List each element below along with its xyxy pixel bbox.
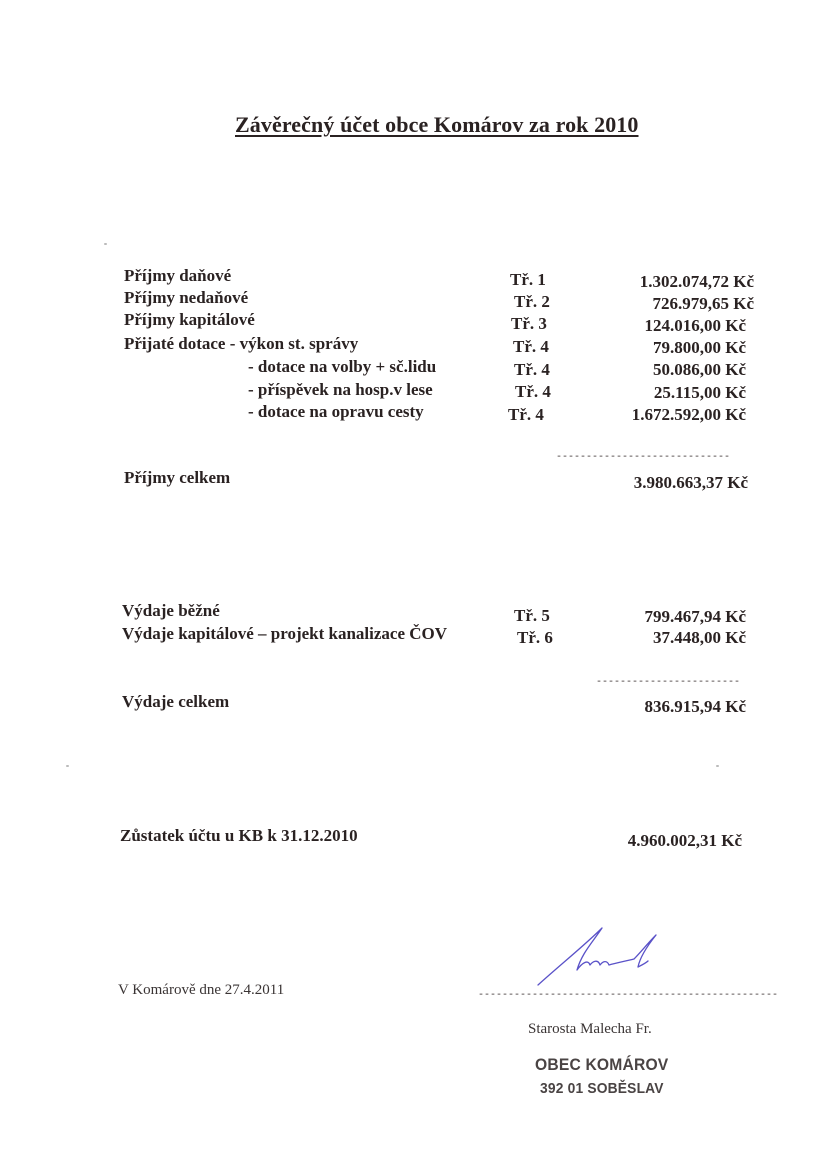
expense-separator: ------------------------ [596,677,740,688]
income-amount: 1.672.592,00 Kč [632,405,746,425]
expense-class: Tř. 6 [517,628,553,648]
income-class: Tř. 4 [513,337,549,357]
expense-total-label: Výdaje celkem [122,692,229,712]
income-label: Přijaté dotace - výkon st. správy [124,334,358,354]
scan-speck [716,765,719,767]
income-label: Příjmy kapitálové [124,310,255,330]
income-amount: 1.302.074,72 Kč [640,272,754,292]
balance-label: Zůstatek účtu u KB k 31.12.2010 [120,826,358,846]
balance-amount: 4.960.002,31 Kč [628,831,742,851]
income-label: - dotace na volby + sč.lidu [248,357,436,377]
income-class: Tř. 2 [514,292,550,312]
signature-line: ----------------------------------------… [478,990,778,1001]
signatory-name: Starosta Malecha Fr. [528,1021,652,1038]
income-class: Tř. 4 [508,405,544,425]
income-amount: 124.016,00 Kč [644,316,746,336]
income-class: Tř. 3 [511,314,547,334]
income-amount: 25.115,00 Kč [654,383,746,403]
income-total-amount: 3.980.663,37 Kč [634,473,748,493]
income-amount: 50.086,00 Kč [653,360,746,380]
expense-total-amount: 836.915,94 Kč [644,697,746,717]
income-separator: ----------------------------- [556,452,730,463]
expense-label: Výdaje kapitálové – projekt kanalizace Č… [122,624,447,644]
income-label: Příjmy nedaňové [124,288,248,308]
expense-label: Výdaje běžné [122,601,220,621]
stamp-address: 392 01 SOBĚSLAV [540,1080,664,1097]
signature-icon [530,925,670,990]
scan-speck [66,765,69,767]
expense-amount: 37.448,00 Kč [653,628,746,648]
scan-speck [104,243,107,245]
income-label: - dotace na opravu cesty [248,402,424,422]
income-label: - příspěvek na hosp.v lese [248,380,433,400]
stamp-municipality: OBEC KOMÁROV [535,1055,668,1075]
income-amount: 726.979,65 Kč [652,294,754,314]
income-class: Tř. 4 [515,382,551,402]
expense-amount: 799.467,94 Kč [644,607,746,627]
income-label: Příjmy daňové [124,266,231,286]
place-and-date: V Komárově dne 27.4.2011 [118,982,284,999]
income-amount: 79.800,00 Kč [653,338,746,358]
income-class: Tř. 1 [510,270,546,290]
income-total-label: Příjmy celkem [124,468,230,488]
income-class: Tř. 4 [514,360,550,380]
expense-class: Tř. 5 [514,606,550,626]
document-title: Závěrečný účet obce Komárov za rok 2010 [235,112,639,138]
